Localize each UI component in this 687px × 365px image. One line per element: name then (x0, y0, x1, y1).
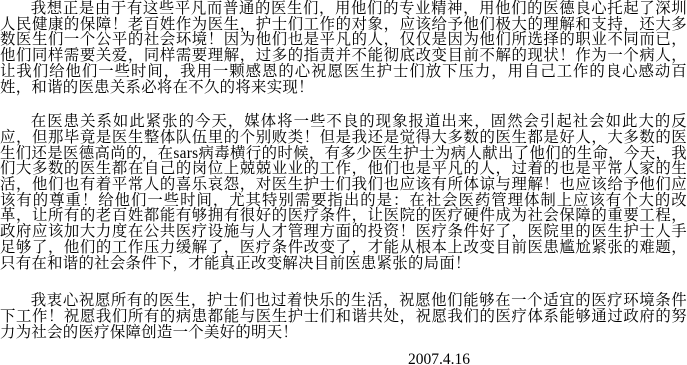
paragraph-2: 在医患关系如此紧张的今天，媒体将一些不良的现象报道出来，固然会引起社会如此大的反… (0, 114, 687, 271)
paragraph-1: 我想正是由于有这些平凡而普通的医生们，用他们的专业精神，用他们的医德良心托起了深… (0, 1, 687, 95)
paragraph-3: 我衷心祝愿所有的医生，护士们也过着快乐的生活，祝愿他们能够在一个适宜的医疗环境条… (0, 293, 687, 340)
date-line: 2007.4.16 (408, 352, 687, 365)
document-page: 我想正是由于有这些平凡而普通的医生们，用他们的专业精神，用他们的医德良心托起了深… (0, 0, 687, 365)
